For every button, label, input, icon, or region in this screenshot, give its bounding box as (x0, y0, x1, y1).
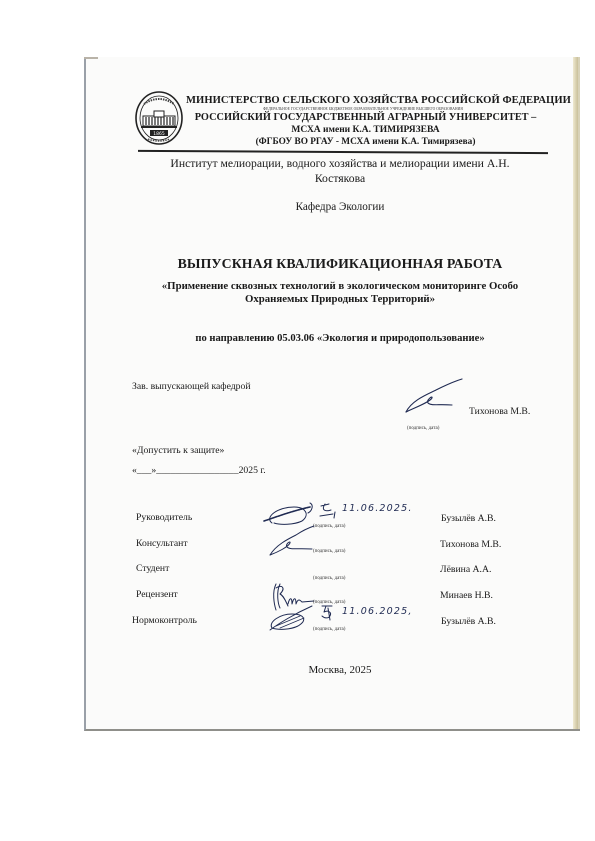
head-of-department-label: Зав. выпускающей кафедрой (132, 381, 251, 392)
reviewer-name: Минаев Н.В. (440, 590, 493, 601)
supervisor-name: Бузылёв А.В. (441, 513, 496, 524)
institute-name-line2: Костякова (100, 172, 580, 185)
norm-control-initial-mark-icon (318, 604, 338, 622)
head-of-department-signature-caption: (подпись, дата) (407, 426, 439, 431)
norm-control-handwritten-date: 11.06.2025, (342, 606, 413, 617)
student-name: Лёвина А.А. (440, 564, 491, 575)
norm-control-signature-caption: (подпись, дата) (313, 627, 345, 632)
head-of-department-signature-icon (404, 378, 466, 414)
consultant-signature-icon (268, 525, 318, 557)
role-label-supervisor: Руководитель (136, 512, 192, 523)
document-title: ВЫПУСКНАЯ КВАЛИФИКАЦИОННАЯ РАБОТА (100, 256, 580, 272)
thesis-topic-line2: Охраняемых Природных Территорий» (100, 293, 580, 305)
university-emblem-icon: 1865 (134, 90, 184, 146)
university-short-name: (ФГБОУ ВО РГАУ - МСХА имени К.А. Тимиряз… (178, 137, 553, 147)
consultant-signature-caption: (подпись, дата) (313, 549, 345, 554)
department-name: Кафедра Экологии (100, 201, 580, 213)
study-direction: по направлению 05.03.06 «Экология и прир… (100, 333, 580, 344)
admit-to-defense-label: «Допустить к защите» (132, 445, 224, 456)
norm-control-name: Бузылёв А.В. (441, 616, 496, 627)
role-label-student: Студент (136, 563, 169, 574)
supervisor-initial-mark-icon (317, 502, 339, 520)
svg-text:1865: 1865 (153, 131, 165, 137)
supervisor-handwritten-date: 11.06.2025. (342, 503, 413, 514)
head-of-department-name: Тихонова М.В. (469, 406, 530, 417)
thesis-topic-line1: «Применение сквозных технологий в эколог… (100, 280, 580, 292)
university-name-line2: МСХА имени К.А. ТИМИРЯЗЕВА (178, 125, 553, 135)
ministry-name: МИНИСТЕРСТВО СЕЛЬСКОГО ХОЗЯЙСТВА РОССИЙС… (186, 95, 538, 106)
paper-corner (84, 57, 98, 59)
norm-control-signature-icon (266, 604, 316, 632)
institution-type: ФЕДЕРАЛЬНОЕ ГОСУДАРСТВЕННОЕ БЮДЖЕТНОЕ ОБ… (205, 107, 521, 111)
university-name-line1: РОССИЙСКИЙ ГОСУДАРСТВЕННЫЙ АГРАРНЫЙ УНИВ… (178, 112, 553, 123)
role-label-reviewer: Рецензент (136, 589, 178, 600)
consultant-name: Тихонова М.В. (440, 539, 501, 550)
role-label-consultant: Консультант (136, 538, 188, 549)
institute-name-line1: Институт мелиорации, водного хозяйства и… (100, 157, 580, 170)
student-signature-caption: (подпись, дата) (313, 576, 345, 581)
admit-date-line: «___»_________________2025 г. (132, 465, 266, 476)
role-label-norm-control: Нормоконтроль (132, 615, 197, 626)
city-and-year: Москва, 2025 (100, 664, 580, 676)
